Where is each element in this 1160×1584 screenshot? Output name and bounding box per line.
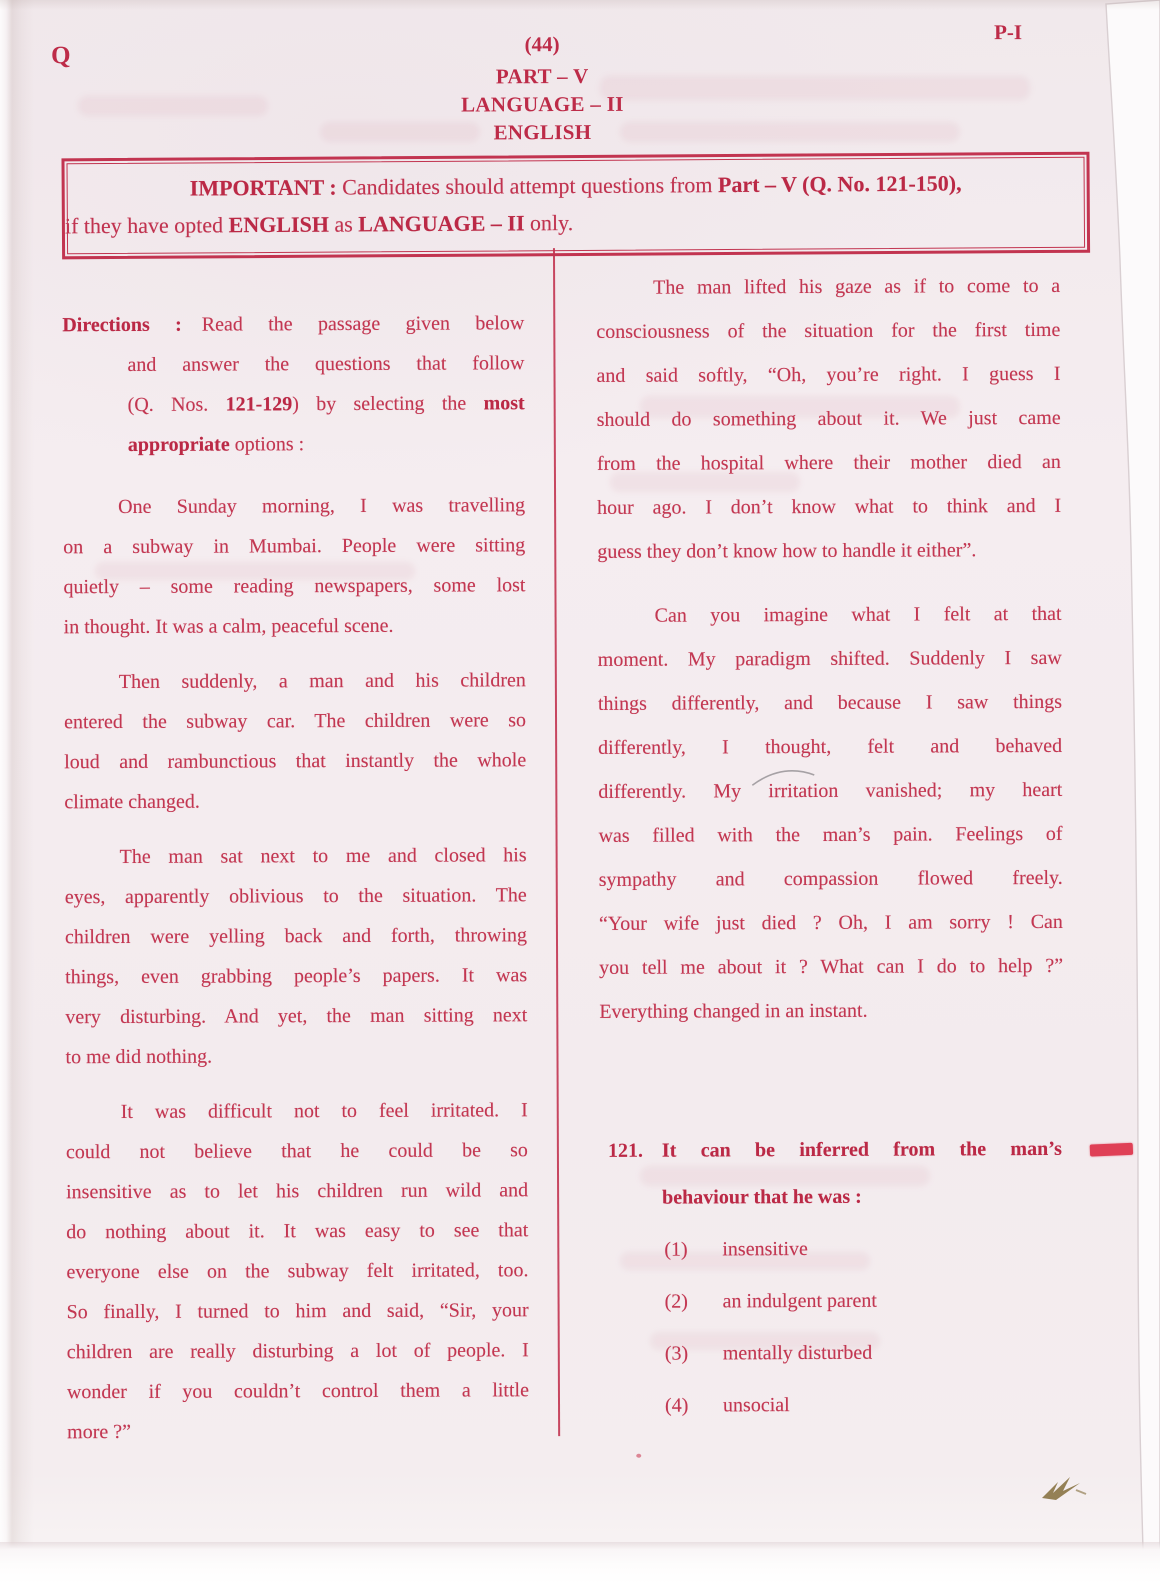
text-line: and answer the questions that follow bbox=[62, 343, 524, 385]
text-line: children are really disturbing a lot of … bbox=[67, 1330, 529, 1372]
text-line: appropriate options : bbox=[63, 423, 525, 465]
page-number: (44) bbox=[0, 30, 1087, 60]
directions-block: Directions : Read the passage given belo… bbox=[62, 303, 525, 465]
language-title: LANGUAGE – II bbox=[0, 90, 1087, 120]
question-stem: It can be inferred from the man’sbehavio… bbox=[662, 1126, 1062, 1222]
text-line: very disturbing. And yet, the man sittin… bbox=[65, 995, 527, 1037]
text-line: guess they don’t know how to handle it e… bbox=[597, 528, 1061, 574]
text-line: “Your wife just died ? Oh, I am sorry ! … bbox=[599, 900, 1063, 946]
text-line: Everything changed in an instant. bbox=[599, 988, 1063, 1034]
text-line: entered the subway car. The children wer… bbox=[64, 700, 526, 742]
text-line: behaviour that he was : bbox=[662, 1173, 1062, 1222]
text-line: if they have opted ENGLISH as LANGUAGE –… bbox=[65, 201, 1087, 245]
question-number: 121. bbox=[608, 1128, 643, 1175]
passage-column-left: Directions : Read the passage given belo… bbox=[62, 303, 529, 1452]
text-line: Can you imagine what I felt at that bbox=[597, 592, 1061, 638]
text-line: should do something about it. We just ca… bbox=[597, 396, 1061, 442]
scanned-exam-page: Q (44) P-I PART – V LANGUAGE – II ENGLIS… bbox=[0, 0, 1160, 1584]
text-line: One Sunday morning, I was travelling bbox=[63, 485, 525, 527]
pen-scribble bbox=[1036, 1470, 1094, 1510]
stray-pen-curve bbox=[748, 761, 818, 791]
text-line: (Q. Nos. 121-129) by selecting the most bbox=[63, 383, 525, 425]
text-line: It can be inferred from the man’s bbox=[662, 1126, 1062, 1175]
text-line: IMPORTANT : Candidates should attempt qu… bbox=[65, 164, 1087, 208]
text-line: eyes, apparently oblivious to the situat… bbox=[65, 875, 527, 917]
scan-edge-top bbox=[0, 0, 1160, 10]
subject-title: ENGLISH bbox=[0, 118, 1088, 148]
option-row: (4)unsocial bbox=[665, 1378, 1065, 1432]
text-line: loud and rambunctious that instantly the… bbox=[64, 740, 526, 782]
text-line: do nothing about it. It was easy to see … bbox=[66, 1210, 528, 1252]
text-line: things differently, and because I saw th… bbox=[598, 680, 1062, 726]
option-text: unsocial bbox=[723, 1394, 790, 1417]
text-line: on a subway in Mumbai. People were sitti… bbox=[63, 525, 525, 567]
text-line: in thought. It was a calm, peaceful scen… bbox=[64, 605, 526, 647]
text-line: The man sat next to me and closed his bbox=[65, 835, 527, 877]
passage-paragraph: One Sunday morning, I was travellingon a… bbox=[63, 485, 526, 647]
text-line: quietly – some reading newspapers, some … bbox=[63, 565, 525, 607]
option-row: (3)mentally disturbed bbox=[665, 1326, 1065, 1380]
passage-paragraph: The man sat next to me and closed hiseye… bbox=[65, 835, 528, 1077]
text-line: more ?” bbox=[67, 1410, 529, 1452]
question-options: (1)insensitive(2)an indulgent parent(3)m… bbox=[600, 1222, 1065, 1432]
option-label: (2) bbox=[665, 1290, 723, 1313]
text-line: you tell me about it ? What can I do to … bbox=[599, 944, 1063, 990]
text-line: It was difficult not to feel irritated. … bbox=[66, 1090, 528, 1132]
column-divider bbox=[553, 248, 561, 1436]
booklet-code: P-I bbox=[994, 20, 1022, 45]
text-line: So finally, I turned to him and said, “S… bbox=[67, 1290, 529, 1332]
option-row: (1)insensitive bbox=[664, 1222, 1064, 1276]
text-line: hour ago. I don’t know what to think and… bbox=[597, 484, 1061, 530]
text-line: Then suddenly, a man and his children bbox=[64, 660, 526, 702]
stray-ink-speck bbox=[636, 1454, 641, 1458]
option-text: an indulgent parent bbox=[723, 1289, 878, 1313]
text-line: Directions : Read the passage given belo… bbox=[62, 303, 524, 345]
text-line: was filled with the man’s pain. Feelings… bbox=[598, 812, 1062, 858]
option-text: mentally disturbed bbox=[723, 1341, 873, 1365]
passage-paragraph: Can you imagine what I felt at thatmomen… bbox=[597, 592, 1063, 1034]
text-line: things, even grabbing people’s papers. I… bbox=[65, 955, 527, 997]
passage-paragraph: The man lifted his gaze as if to come to… bbox=[596, 264, 1061, 574]
option-label: (4) bbox=[665, 1394, 723, 1417]
passage-left-paragraphs: One Sunday morning, I was travellingon a… bbox=[63, 485, 529, 1452]
text-line: differently. My irritation vanished; my … bbox=[598, 768, 1062, 814]
option-text: insensitive bbox=[722, 1238, 808, 1261]
passage-paragraph: It was difficult not to feel irritated. … bbox=[66, 1090, 530, 1452]
text-line: from the hospital where their mother die… bbox=[597, 440, 1061, 486]
option-label: (3) bbox=[665, 1342, 723, 1365]
text-line: moment. My paradigm shifted. Suddenly I … bbox=[598, 636, 1062, 682]
text-line: differently, I thought, felt and behaved bbox=[598, 724, 1062, 770]
passage-column-right: The man lifted his gaze as if to come to… bbox=[596, 264, 1063, 1034]
text-line: insensitive as to let his children run w… bbox=[66, 1170, 528, 1212]
option-label: (1) bbox=[664, 1238, 722, 1261]
text-line: to me did nothing. bbox=[65, 1035, 527, 1077]
question-121: 121. It can be inferred from the man’sbe… bbox=[600, 1126, 1065, 1432]
torn-paper-edge bbox=[1090, 0, 1160, 1584]
text-line: wonder if you couldn’t control them a li… bbox=[67, 1370, 529, 1412]
scan-edge-bottom bbox=[0, 1542, 1160, 1584]
part-title: PART – V bbox=[0, 62, 1087, 92]
passage-paragraph: Then suddenly, a man and his childrenent… bbox=[64, 660, 527, 822]
text-line: children were yelling back and forth, th… bbox=[65, 915, 527, 957]
text-line: sympathy and compassion flowed freely. bbox=[599, 856, 1063, 902]
text-line: climate changed. bbox=[64, 780, 526, 822]
text-line: consciousness of the situation for the f… bbox=[596, 308, 1060, 354]
scan-edge-left bbox=[0, 0, 34, 1548]
important-notice: IMPORTANT : Candidates should attempt qu… bbox=[61, 152, 1090, 260]
option-row: (2)an indulgent parent bbox=[664, 1274, 1064, 1328]
page-content: Q (44) P-I PART – V LANGUAGE – II ENGLIS… bbox=[0, 0, 1160, 1584]
text-line: and said softly, “Oh, you’re right. I gu… bbox=[596, 352, 1060, 398]
text-line: The man lifted his gaze as if to come to… bbox=[596, 264, 1060, 310]
text-line: could not believe that he could be so bbox=[66, 1130, 528, 1172]
text-line: everyone else on the subway felt irritat… bbox=[66, 1250, 528, 1292]
